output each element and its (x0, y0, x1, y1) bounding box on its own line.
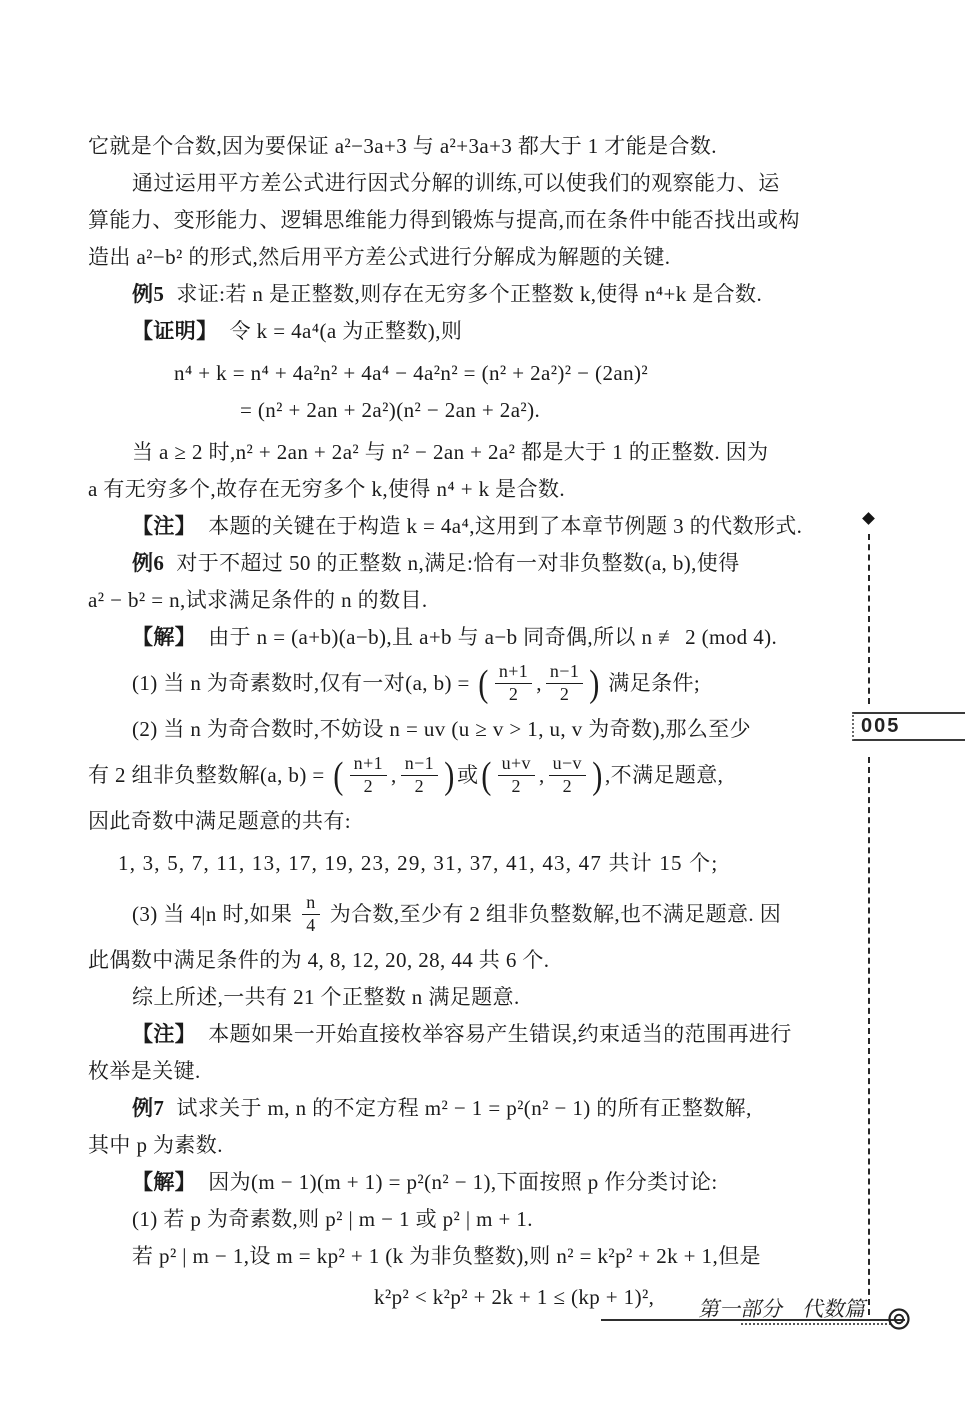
footer-chapter: 代数篇 (801, 1293, 870, 1323)
right-paren: ) (592, 757, 602, 795)
note-text: 本题如果一开始直接枚举容易产生错误,约束适当的范围再进行 (208, 1022, 791, 1046)
example6-heading: 例6对于不超过 50 的正整数 n,满足:恰有一对非负整数(a, b),使得 (88, 545, 850, 582)
fraction-numerator: n−1 (401, 753, 438, 776)
comma-separator: , (539, 748, 545, 803)
fraction-denominator: 2 (508, 776, 525, 798)
scanned-book-page: { "symbols": { "lparen": "(", "rparen": … (0, 0, 965, 1417)
example6-case1-line: (1) 当 n 为奇素数时,仅有一对(a, b) = ( n+1 2 , n−1… (88, 656, 850, 711)
example5-note: 【注】本题的关键在于构造 k = 4a⁴,这用到了本章节例题 3 的代数形式. (88, 508, 850, 545)
fraction: u+v 2 (498, 753, 535, 797)
footer-running-title: 第一部分 代数篇 (697, 1293, 870, 1323)
fraction: n−1 2 (546, 661, 583, 705)
example7-case1-line1: (1) 若 p 为奇素数,则 p² | m − 1 或 p² | m + 1. (88, 1201, 850, 1238)
solution-intro-text: 因为(m − 1)(m + 1) = p²(n² − 1),下面按照 p 作分类… (208, 1170, 717, 1194)
ring-icon (886, 1306, 912, 1332)
example6-solution-intro: 【解】由于 n = (a+b)(a−b),且 a+b 与 a−b 同奇偶,所以 … (88, 619, 850, 656)
fraction-numerator: n+1 (350, 753, 387, 776)
page-number: 005 (861, 715, 900, 738)
intro-line-4: 造出 a²−b² 的形式,然后用平方差公式进行分解成为解题的关键. (88, 239, 850, 276)
case3-prefix: (3) 当 4|n 时,如果 (132, 887, 292, 942)
example6-case2-line2: 有 2 组非负整数解(a, b) = ( n+1 2 , n−1 2 ) 或 (… (88, 748, 850, 803)
fraction-numerator: n−1 (546, 661, 583, 684)
example7-statement-2: 其中 p 为素数. (88, 1127, 850, 1164)
example6-note-line2: 枚举是关键. (88, 1053, 850, 1090)
margin-dashed-rule-lower (868, 757, 870, 1315)
proof-label: 【证明】 (132, 319, 218, 343)
diamond-marker-icon (862, 512, 875, 525)
footer-rule-dotted (741, 1323, 891, 1325)
example6-note-line1: 【注】本题如果一开始直接枚举容易产生错误,约束适当的范围再进行 (88, 1016, 850, 1053)
comma-separator: , (536, 656, 542, 711)
example7-heading: 例7试求关于 m, n 的不定方程 m² − 1 = p²(n² − 1) 的所… (88, 1090, 850, 1127)
solution-label: 【解】 (132, 625, 196, 649)
example5-paragraph-1: 当 a ≥ 2 时,n² + 2an + 2a² 与 n² − 2an + 2a… (88, 434, 850, 471)
example7-statement-1: 试求关于 m, n 的不定方程 m² − 1 = p²(n² − 1) 的所有正… (176, 1096, 751, 1120)
fraction: n−1 2 (401, 753, 438, 797)
comma-separator: , (391, 748, 397, 803)
fraction-numerator: n+1 (495, 661, 532, 684)
right-paren: ) (444, 757, 454, 795)
page-text-block: 它就是个合数,因为要保证 a²−3a+3 与 a²+3a+3 都大于 1 才能是… (88, 128, 850, 1316)
example6-label: 例6 (132, 551, 164, 575)
example5-label: 例5 (132, 282, 164, 306)
fraction-denominator: 2 (559, 776, 576, 798)
example6-odd-number-list: 1, 3, 5, 7, 11, 13, 17, 19, 23, 29, 31, … (88, 845, 850, 882)
footer-section: 第一部分 (697, 1293, 787, 1323)
fraction: n 4 (302, 892, 319, 936)
example6-statement-1: 对于不超过 50 的正整数 n,满足:恰有一对非负整数(a, b),使得 (176, 551, 739, 575)
case1-prefix: (1) 当 n 为奇素数时,仅有一对(a, b) = (132, 656, 470, 711)
margin-dashed-rule-upper (868, 534, 870, 704)
fraction-denominator: 2 (411, 776, 428, 798)
example6-conclusion: 综上所述,一共有 21 个正整数 n 满足题意. (88, 979, 850, 1016)
right-paren: ) (590, 665, 600, 703)
example5-heading: 例5求证:若 n 是正整数,则存在无穷多个正整数 k,使得 n⁴+k 是合数. (88, 276, 850, 313)
example6-case2-line1: (2) 当 n 为奇合数时,不妨设 n = uv (u ≥ v > 1, u, … (88, 711, 850, 748)
example5-paragraph-2: a 有无穷多个,故存在无穷多个 k,使得 n⁴ + k 是合数. (88, 471, 850, 508)
example5-display-formula-1: n⁴ + k = n⁴ + 4a²n² + 4a⁴ − 4a²n² = (n² … (174, 355, 850, 392)
note-text: 本题的关键在于构造 k = 4a⁴,这用到了本章节例题 3 的代数形式. (208, 514, 802, 538)
fraction-numerator: u−v (549, 753, 586, 776)
fraction: n+1 2 (350, 753, 387, 797)
fraction: u−v 2 (549, 753, 586, 797)
example7-label: 例7 (132, 1096, 164, 1120)
page-number-badge: 005 (852, 712, 965, 741)
example7-case1-line2: 若 p² | m − 1,设 m = kp² + 1 (k 为非负整数),则 n… (88, 1238, 850, 1275)
example6-case3-line2: 此偶数中满足条件的为 4, 8, 12, 20, 28, 44 共 6 个. (88, 942, 850, 979)
or-word: 或 (457, 748, 478, 803)
example6-case3-line: (3) 当 4|n 时,如果 n 4 为合数,至少有 2 组非负整数解,也不满足… (88, 887, 850, 942)
fraction-denominator: 2 (505, 684, 522, 706)
fraction-denominator: 2 (360, 776, 377, 798)
case2-suffix: ,不满足题意, (605, 748, 723, 803)
intro-line-3: 算能力、变形能力、逻辑思维能力得到锻炼与提高,而在条件中能否找出或构 (88, 202, 850, 239)
case3-suffix: 为合数,至少有 2 组非负整数解,也不满足题意. 因 (330, 887, 781, 942)
intro-line-1: 它就是个合数,因为要保证 a²−3a+3 与 a²+3a+3 都大于 1 才能是… (88, 128, 850, 165)
solution-intro-text: 由于 n = (a+b)(a−b),且 a+b 与 a−b 同奇偶,所以 n ≢… (208, 625, 777, 649)
note-label: 【注】 (132, 514, 196, 538)
fraction-numerator: n (302, 892, 319, 915)
example5-statement: 求证:若 n 是正整数,则存在无穷多个正整数 k,使得 n⁴+k 是合数. (176, 282, 762, 306)
proof-intro-text: 令 k = 4a⁴(a 为正整数),则 (230, 319, 463, 343)
solution-label: 【解】 (132, 1170, 196, 1194)
example5-display-formula-2: = (n² + 2an + 2a²)(n² − 2an + 2a²). (240, 392, 850, 429)
left-paren: ( (478, 665, 488, 703)
left-paren: ( (333, 757, 343, 795)
example7-solution-intro: 【解】因为(m − 1)(m + 1) = p²(n² − 1),下面按照 p … (88, 1164, 850, 1201)
intro-line-2: 通过运用平方差公式进行因式分解的训练,可以使我们的观察能力、运 (88, 165, 850, 202)
fraction-denominator: 2 (556, 684, 573, 706)
example5-proof-intro: 【证明】令 k = 4a⁴(a 为正整数),则 (88, 313, 850, 350)
example6-case2-line3: 因此奇数中满足题意的共有: (88, 803, 850, 840)
case1-suffix: 满足条件; (608, 656, 700, 711)
example6-statement-2: a² − b² = n,试求满足条件的 n 的数目. (88, 582, 850, 619)
left-paren: ( (481, 757, 491, 795)
fraction-numerator: u+v (498, 753, 535, 776)
fraction-denominator: 4 (302, 915, 319, 937)
case2-prefix: 有 2 组非负整数解(a, b) = (88, 748, 325, 803)
fraction: n+1 2 (495, 661, 532, 705)
note-label: 【注】 (132, 1022, 196, 1046)
